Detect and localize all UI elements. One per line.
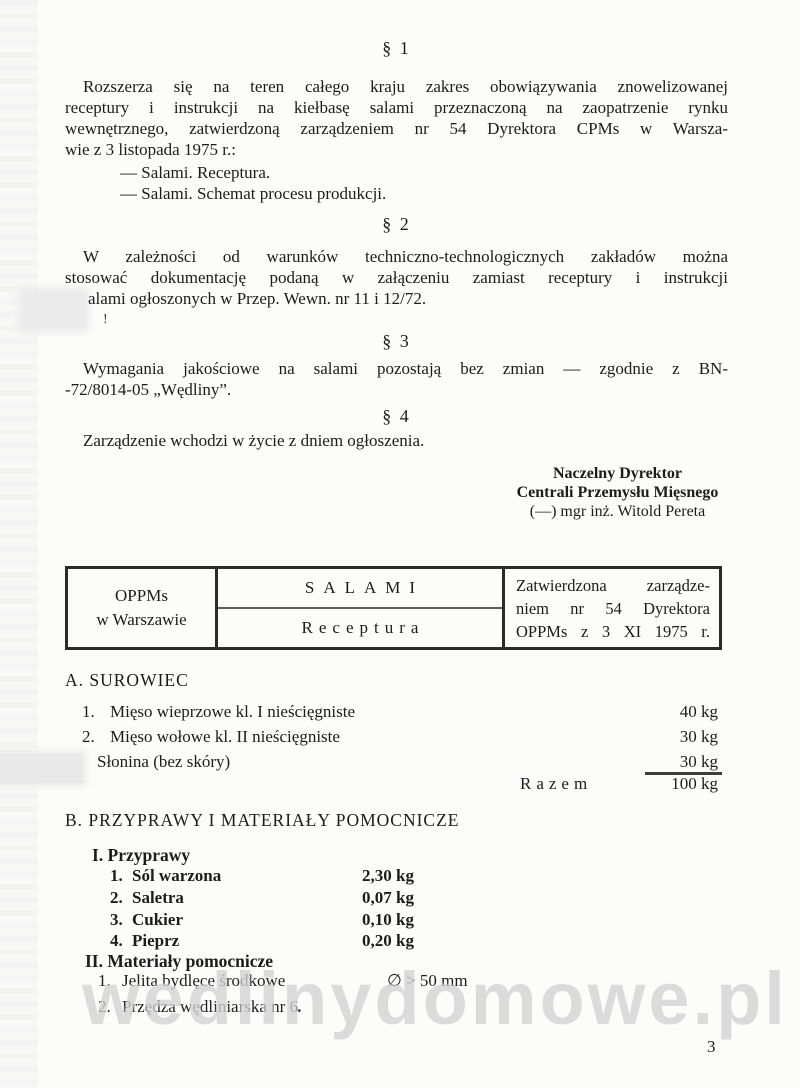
ingredient-row: 1. Mięso wieprzowe kl. I nieścięgniste 4… [65, 701, 728, 723]
spice-quantity: 2,30 kg [362, 865, 414, 887]
recipe-title: SALAMI [218, 569, 502, 609]
header-org-cell: OPPMs w Warszawie [68, 569, 218, 647]
row-number: 3. [110, 909, 123, 931]
spice-name: Saletra [132, 887, 184, 909]
spice-quantity: 0,07 kg [362, 887, 414, 909]
row-number: 1. [110, 865, 123, 887]
approval-line: niem nr 54 Dyrektora [516, 597, 710, 620]
paragraph-line: Wymagania jakościowe na salami pozostają… [65, 358, 728, 379]
paragraph-line: receptury i instrukcji na kiełbasę salam… [65, 97, 728, 118]
section-4-heading: § 4 [65, 406, 728, 427]
spice-name: Cukier [132, 909, 183, 931]
spice-row: 4. Pieprz 0,20 kg [65, 930, 728, 952]
org-city: w Warszawie [68, 608, 215, 632]
scanned-document-page: § 1 Rozszerza się na teren całego kraju … [0, 0, 800, 1088]
spice-row: 2. Saletra 0,07 kg [65, 887, 728, 909]
signature-org: Centrali Przemysłu Mięsnego [495, 483, 740, 502]
spices-heading: I. Przyprawy [92, 845, 190, 866]
total-row: Razem 100 kg [65, 773, 728, 795]
section-3-paragraph: Wymagania jakościowe na salami pozostają… [65, 358, 728, 400]
section-4-paragraph: Zarządzenie wchodzi w życie z dniem ogło… [65, 430, 728, 451]
ingredient-quantity: 40 kg [680, 701, 718, 723]
row-number: 2. [110, 887, 123, 909]
spice-row: 1. Sól warzona 2,30 kg [65, 865, 728, 887]
ingredient-name: Słonina (bez skóry) [97, 751, 230, 773]
ingredient-quantity: 30 kg [680, 751, 718, 773]
paragraph-line: stosować dokumentację podaną w załączeni… [65, 267, 728, 288]
paragraph-line: alami ogłoszonych w Przep. Wewn. nr 11 i… [65, 288, 728, 309]
scan-edge-artifact [0, 0, 38, 1088]
ingredient-name: Mięso wołowe kl. II nieścięgniste [110, 726, 340, 748]
paragraph-line: Zarządzenie wchodzi w życie z dniem ogło… [65, 430, 728, 451]
row-number: 1. [82, 701, 95, 723]
paragraph-line: Rozszerza się na teren całego kraju zakr… [65, 76, 728, 97]
page-number: 3 [707, 1038, 716, 1056]
site-watermark: wedlinydomowe.pl [82, 962, 800, 1036]
ingredient-name: Mięso wieprzowe kl. I nieścięgniste [110, 701, 355, 723]
ingredient-quantity: 30 kg [680, 726, 718, 748]
paragraph-line: wie z 3 listopada 1975 r.: [65, 139, 728, 160]
section-1-paragraph: Rozszerza się na teren całego kraju zakr… [65, 76, 728, 160]
signature-block: Naczelny Dyrektor Centrali Przemysłu Mię… [495, 464, 740, 521]
section-2-paragraph: W zależności od warunków techniczno-tech… [65, 246, 728, 309]
section-a-heading: A. SUROWIEC [65, 670, 189, 691]
section-1-list: — Salami. Receptura. — Salami. Schemat p… [65, 162, 728, 204]
paragraph-line: wewnętrznego, zatwierdzoną zarządzeniem … [65, 118, 728, 139]
section-3-heading: § 3 [65, 331, 728, 352]
section-b-heading: B. PRZYPRAWY I MATERIAŁY POMOCNICZE [65, 810, 459, 831]
paragraph-line: W zależności od warunków techniczno-tech… [65, 246, 728, 267]
scan-mark-artifact: ! [103, 312, 108, 328]
section-2-heading: § 2 [65, 214, 728, 235]
header-approval-cell: Zatwierdzona zarządze- niem nr 54 Dyrekt… [505, 569, 719, 647]
approval-line: OPPMs z 3 XI 1975 r. [516, 620, 710, 643]
spice-row: 3. Cukier 0,10 kg [65, 909, 728, 931]
row-number: 4. [110, 930, 123, 952]
signature-name: (—) mgr inż. Witold Pereta [495, 502, 740, 521]
ingredient-row: 2. Mięso wołowe kl. II nieścięgniste 30 … [65, 726, 728, 748]
spice-name: Pieprz [132, 930, 179, 952]
header-title-cell: SALAMI Receptura [218, 569, 505, 647]
list-item: — Salami. Schemat procesu produkcji. [65, 183, 728, 204]
org-name: OPPMs [68, 584, 215, 608]
row-number: 2. [82, 726, 95, 748]
spice-quantity: 0,10 kg [362, 909, 414, 931]
list-item: — Salami. Receptura. [65, 162, 728, 183]
signature-role: Naczelny Dyrektor [495, 464, 740, 483]
ingredient-row: Słonina (bez skóry) 30 kg [65, 751, 728, 773]
total-label: Razem [520, 773, 592, 795]
section-1-heading: § 1 [65, 38, 728, 59]
recipe-subtitle: Receptura [218, 609, 502, 647]
spice-quantity: 0,20 kg [362, 930, 414, 952]
total-quantity: 100 kg [671, 773, 718, 795]
recipe-header-table: OPPMs w Warszawie SALAMI Receptura Zatwi… [65, 566, 722, 650]
paragraph-line: -72/8014-05 „Wędliny”. [65, 379, 728, 400]
approval-line: Zatwierdzona zarządze- [516, 574, 710, 597]
spice-name: Sól warzona [132, 865, 221, 887]
